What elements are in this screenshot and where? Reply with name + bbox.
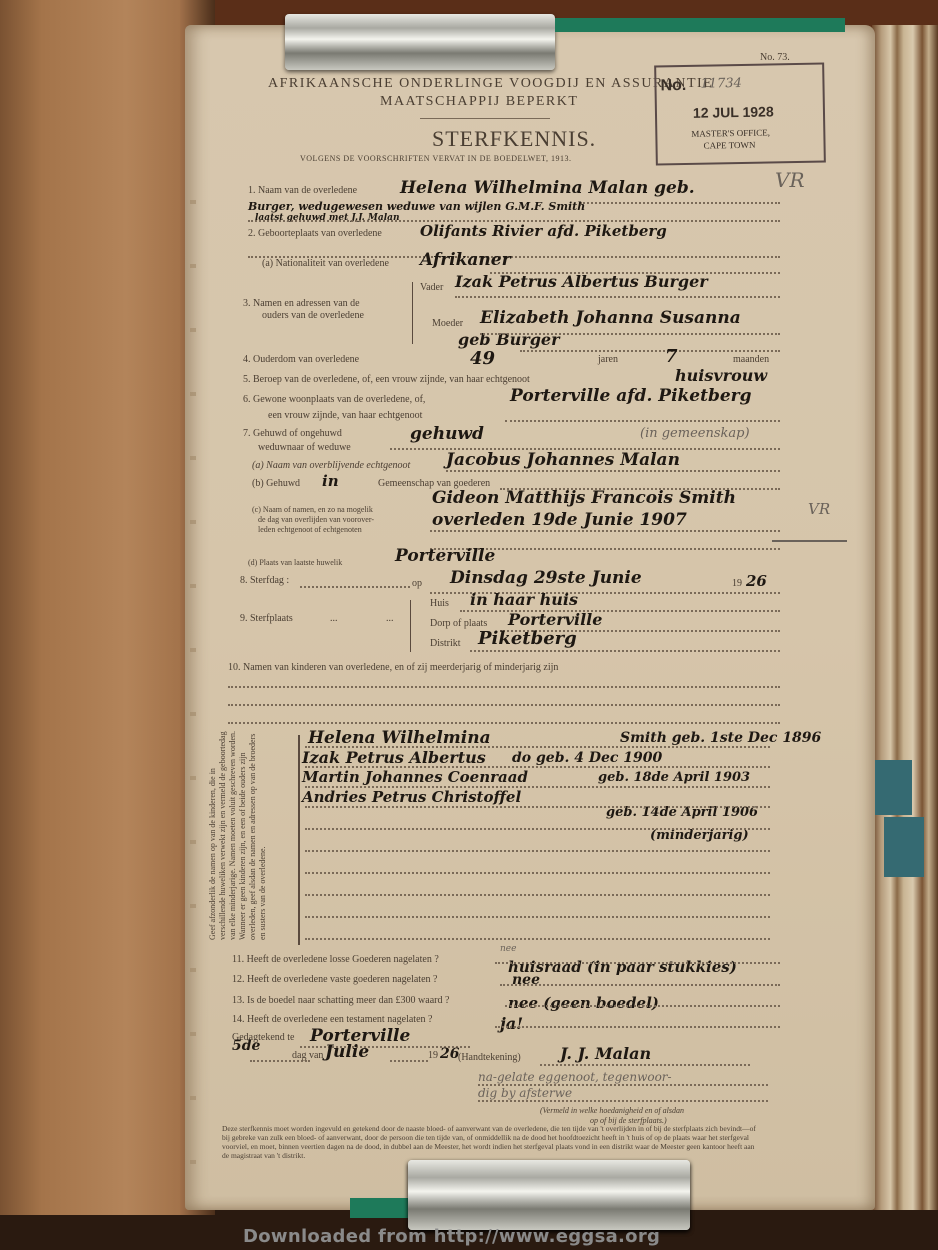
capacity-hint-line1: (Vermeld in welke hoedanigheid en of als… xyxy=(540,1106,684,1115)
field4-label: 4. Ouderdom van overledene xyxy=(243,354,359,365)
binding-holes xyxy=(190,140,196,1200)
form-title: STERFKENNIS. xyxy=(432,126,596,152)
question11-value: huisraad (in paar stukkies) xyxy=(508,958,737,976)
question13-label: 13. Is de boedel naar schatting meer dan… xyxy=(232,995,449,1006)
field2-label: 2. Geboorteplaats van overledene xyxy=(248,228,382,239)
field3-label-line1: 3. Namen en adressen van de xyxy=(243,298,360,309)
question14-value: ja! xyxy=(500,1014,523,1033)
dotted-line xyxy=(305,806,770,808)
stamp-office-line2: CAPE TOWN xyxy=(703,140,755,151)
dotted-line xyxy=(478,1100,768,1102)
surviving-spouse-value: Jacobus Johannes Malan xyxy=(446,450,680,470)
death-date-value: Dinsdag 29ste Junie xyxy=(450,568,642,588)
house-label: Huis xyxy=(430,598,449,609)
child-detail: geb. 18de April 1903 xyxy=(598,770,750,785)
form-number: No. 73. xyxy=(760,52,790,63)
child-name: Izak Petrus Albertus xyxy=(302,748,486,767)
dotted-line xyxy=(495,1026,780,1028)
capacity-line1: na-gelate eggenoot, tegenwoor- xyxy=(478,1070,672,1084)
binder-tab-upper xyxy=(872,760,912,815)
field7a-label: (a) Naam van overblijvende echtgenoot xyxy=(252,460,410,471)
stamp-no-value: 11734 xyxy=(700,76,742,92)
question14-label: 14. Heeft de overledene een testament na… xyxy=(232,1014,432,1025)
nationality-label: (a) Nationaliteit van overledene xyxy=(262,258,389,269)
dotted-line xyxy=(305,938,770,940)
field1-value-line2: Burger, wedugewesen weduwe van wijlen G.… xyxy=(248,200,585,213)
green-ribbon-bottom xyxy=(350,1198,410,1218)
dotted-line xyxy=(228,722,780,724)
organization-line1: AFRIKAANSCHE ONDERLINGE VOOGDIJ EN ASSUR… xyxy=(268,76,713,92)
field1-label: 1. Naam van de overledene xyxy=(248,185,357,196)
marital-note: (in gemeenskap) xyxy=(640,426,750,441)
year-value: 26 xyxy=(440,1046,459,1062)
field7c-label-line3: leden echtgenoot of echtgenoten xyxy=(258,525,362,534)
dotted-line xyxy=(480,333,780,335)
field7c-label-line1: (c) Naam of namen, en zo na mogelik xyxy=(252,505,373,514)
left-book-cover xyxy=(0,0,210,1215)
month-value: Julie xyxy=(325,1042,369,1062)
stamp-office-line1: MASTER'S OFFICE, xyxy=(691,127,770,138)
top-binder-clip xyxy=(285,14,555,70)
signature-value: J. J. Malan xyxy=(560,1044,651,1063)
children-brace xyxy=(298,735,300,945)
stamp-date: 12 JUL 1928 xyxy=(693,103,774,120)
dotted-line xyxy=(580,202,780,204)
field8-label: 8. Sterfdag : xyxy=(240,575,289,586)
bottom-binder-clip-overlay xyxy=(408,1160,690,1230)
child-name: Martin Johannes Coenraad xyxy=(302,768,528,786)
field9-label: 9. Sterfplaats xyxy=(240,613,293,624)
nationality-value: Afrikaner xyxy=(420,250,511,270)
dotted-line xyxy=(228,686,780,688)
dotted-line xyxy=(305,746,770,748)
age-years-label: jaren xyxy=(598,354,618,365)
children-instructions: Geef afzonderlik de namen op van de kind… xyxy=(208,730,298,940)
dotted-line xyxy=(520,350,780,352)
dotted-line xyxy=(540,1064,750,1066)
green-ribbon-top xyxy=(555,18,845,32)
masters-office-stamp: No. 11734 12 JUL 1928 MASTER'S OFFICE, C… xyxy=(654,63,826,166)
dotted-line xyxy=(305,916,770,918)
dotted-line xyxy=(446,470,780,472)
field7-label-line1: 7. Gehuwd of ongehuwd xyxy=(243,428,342,439)
field1-value: Helena Wilhelmina Malan geb. xyxy=(400,178,695,198)
question12-label: 12. Heeft de overledene vaste goederen n… xyxy=(232,974,437,985)
marital-status-value: gehuwd xyxy=(410,424,484,444)
field8-op: op xyxy=(412,578,422,589)
mother-value: Elizabeth Johanna Susanna xyxy=(480,308,741,328)
dotted-line xyxy=(470,650,780,652)
field3-label-line2: ouders van de overledene xyxy=(262,310,364,321)
dotted-line xyxy=(228,704,780,706)
field7-label-line2: weduwnaar of weduwe xyxy=(258,442,351,453)
residence-value: Porterville afd. Piketberg xyxy=(510,386,752,406)
dotted-line xyxy=(478,1084,768,1086)
ellipsis: ... xyxy=(386,613,394,624)
field1-mark: VR xyxy=(775,168,805,192)
death-year-prefix: 19 xyxy=(732,578,742,589)
dotted-line xyxy=(495,962,780,964)
field6-label-line1: 6. Gewone woonplaats van de overledene, … xyxy=(243,394,425,405)
previous-spouse-death-value: overleden 19de Junie 1907 xyxy=(432,510,687,530)
question13-value: nee (geen boedel) xyxy=(508,994,659,1012)
dotted-line xyxy=(430,530,780,532)
dotted-line xyxy=(305,872,770,874)
dotted-line xyxy=(505,1005,780,1007)
question11-label: 11. Heeft de overledene losse Goederen n… xyxy=(232,954,439,965)
child-name: Andries Petrus Christoffel xyxy=(302,788,521,806)
field10-label: 10. Namen van kinderen van overledene, e… xyxy=(228,662,558,673)
child-name: Helena Wilhelmina xyxy=(308,728,491,748)
year-prefix: 19 xyxy=(428,1050,438,1061)
age-years-value: 49 xyxy=(470,348,495,369)
dotted-line xyxy=(455,296,780,298)
dotted-line xyxy=(500,984,780,986)
dotted-line xyxy=(390,1060,428,1062)
house-value: in haar huis xyxy=(470,590,578,609)
day-value: 5de xyxy=(232,1038,260,1054)
dotted-line xyxy=(305,850,770,852)
community-of-property-value: in xyxy=(322,472,339,490)
field7c-label-line2: de dag van overlijden van voorover- xyxy=(258,515,374,524)
dotted-line xyxy=(305,894,770,896)
binder-tab-lower xyxy=(884,817,924,877)
district-label: Distrikt xyxy=(430,638,461,649)
age-months-label: maanden xyxy=(733,354,769,365)
dotted-line xyxy=(505,420,780,422)
child-minor-note: (minderjarig) xyxy=(650,828,749,843)
page-stack-edges xyxy=(872,25,938,1210)
organization-line2: MAATSCHAPPIJ BEPERKT xyxy=(380,94,578,110)
father-label: Vader xyxy=(420,282,443,293)
capacity-line2: dig by afsterwe xyxy=(478,1086,572,1100)
dotted-line xyxy=(305,828,770,830)
field5-label: 5. Beroep van de overledene, of, een vro… xyxy=(243,374,530,385)
village-value: Porterville xyxy=(508,610,602,629)
marriage-place-value: Porterville xyxy=(395,546,495,566)
field2-value: Olifants Rivier afd. Piketberg xyxy=(420,222,667,240)
day-label: dag van xyxy=(292,1050,323,1061)
strikeout-mark xyxy=(772,540,847,542)
dotted-line xyxy=(305,786,770,788)
form-subtitle: VOLGENS DE VOORSCHRIFTEN VERVAT IN DE BO… xyxy=(300,154,571,163)
footer-instructions: Deze sterfkennis moet worden ingevuld en… xyxy=(222,1124,762,1160)
child-detail: do geb. 4 Dec 1900 xyxy=(512,750,662,766)
child-detail: Smith geb. 1ste Dec 1896 xyxy=(620,730,821,746)
father-value: Izak Petrus Albertus Burger xyxy=(455,272,708,291)
field7d-label: (d) Plaats van laatste huwelik xyxy=(248,558,342,567)
mother-label: Moeder xyxy=(432,318,463,329)
stamp-no-label: No. xyxy=(660,77,686,95)
header-divider xyxy=(420,118,550,119)
age-months-value: 7 xyxy=(665,346,678,367)
field7c-mark: VR xyxy=(808,500,830,518)
parents-brace xyxy=(412,282,413,344)
dotted-line xyxy=(300,586,410,588)
death-place-brace xyxy=(410,600,411,652)
question11-strike: nee xyxy=(500,944,516,954)
source-watermark: Downloaded from http://www.eggsa.org xyxy=(243,1226,660,1247)
ellipsis: ... xyxy=(330,613,338,624)
death-year-value: 26 xyxy=(746,572,767,590)
signature-label: (Handtekening) xyxy=(458,1052,521,1063)
field7b-label: (b) Gehuwd xyxy=(252,478,300,489)
district-value: Piketberg xyxy=(478,628,577,649)
previous-spouse-value: Gideon Matthijs Francois Smith xyxy=(432,488,736,508)
field6-label-line2: een vrouw zijnde, van haar echtgenoot xyxy=(268,410,422,421)
dotted-line xyxy=(305,766,770,768)
occupation-value: huisvrouw xyxy=(675,366,767,385)
